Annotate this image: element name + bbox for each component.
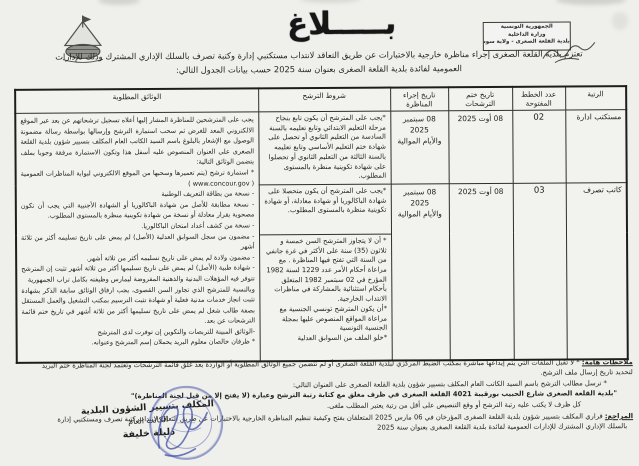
cell-exam-date-1: 08 سبتمبر 2025 والأيام الموالية	[390, 111, 448, 184]
page-title: بـــــلاغ	[257, 5, 427, 42]
header-open-positions: عدد الخطط المفتوحة	[512, 86, 565, 110]
intro-paragraph: تعتزم بلدية القلعة الصغرى إجراء مناظرة خ…	[11, 47, 627, 78]
header-conditions: شروط الترشح	[258, 88, 390, 112]
header-rank: الرتبة	[565, 86, 626, 110]
cell-rank-2: كاتب تصرف	[566, 183, 628, 360]
recruitment-table: الرتبة عدد الخطط المفتوحة تاريخ ختم التر…	[14, 85, 629, 364]
cell-conditions-1: *يجب على المترشح أن يكون تابع بنجاح مرحل…	[258, 111, 390, 185]
scanned-announcement-page: الجمهورية التونسية وزارة الداخلية بلدية …	[0, 0, 639, 466]
handwritten-signature-icon	[129, 393, 225, 464]
header-closing-date: تاريخ ختم الترشحات	[448, 87, 512, 111]
table-row: مستكتب ادارة 02 08 أوت 2025 08 سبتمبر 20…	[15, 110, 626, 187]
references-label: المراجع:	[605, 412, 633, 420]
header-exam-date: تاريخ إجراء المناظرة	[390, 87, 448, 111]
cell-conditions-2: *يجب على المترشح أن يكون متحصلا على شهاد…	[259, 184, 391, 235]
cell-exam-date-2: 08 سبتمبر 2025 والأيام الموالية	[391, 184, 450, 361]
cell-positions-2: 03	[513, 183, 567, 360]
cell-common-conditions: * أن لا يتجاوز المترشح السن خمسة و ثلاثو…	[259, 234, 392, 362]
cell-closing-date-1: 08 أوت 2025	[448, 110, 512, 183]
cell-required-documents: يجب على المترشحين للمناظرة المشار إليها …	[15, 112, 260, 363]
notes-label: ملاحظات هامة:	[582, 358, 633, 366]
cell-closing-date-2: 08 أوت 2025	[449, 183, 514, 360]
cell-positions-1: 02	[512, 110, 565, 183]
cell-rank-1: مستكتب ادارة	[565, 110, 626, 183]
header-documents: الوثائق المطلوبة	[15, 88, 258, 113]
